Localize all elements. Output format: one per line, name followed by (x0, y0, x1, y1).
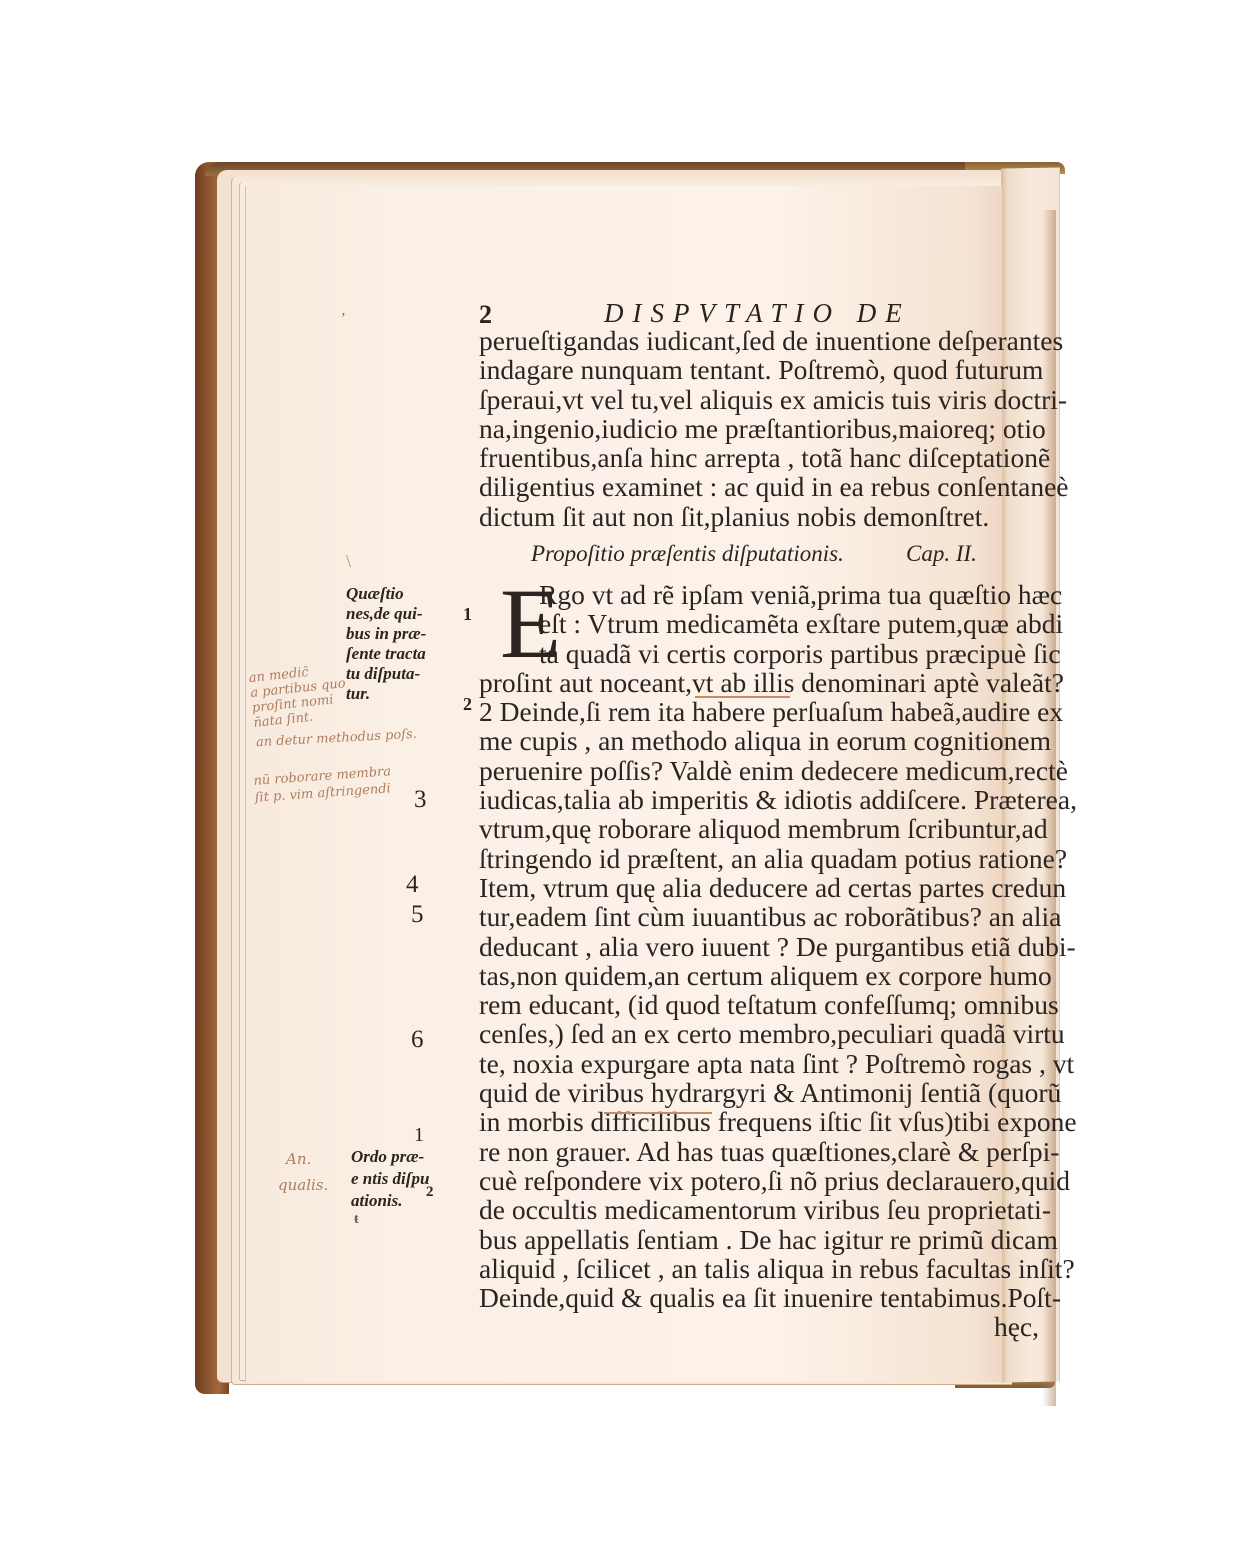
text-line: Rgo vt ad rẽ ipſam veniã,prima tua quæſt… (479, 580, 1059, 609)
sidenote-line: ationis. (351, 1190, 429, 1212)
manuscript-annotation: an detur methodus poſs. (256, 727, 417, 750)
sidenote-line: tur. (346, 684, 426, 704)
text-line: eſt : Vtrum medicamẽta exſtare putem,quæ… (479, 609, 1059, 638)
question-number: 2 (463, 694, 472, 715)
text-line: cenſes,) ſed an ex certo membro,peculiar… (479, 1019, 1059, 1048)
chapter-number: Cap. II. (906, 541, 977, 567)
annotation-line: an detur methodus poſs. (256, 727, 417, 750)
annotation-line: An. (286, 1146, 328, 1172)
text-line: tas,non quidem,an certum aliquem ex corp… (479, 961, 1059, 990)
chapter-heading: Propoſitio præſentis diſputationis. Cap.… (531, 541, 1051, 567)
text-line: cuè reſpondere vix potero,ſi nõ prius de… (479, 1166, 1059, 1195)
manuscript-underline (604, 1112, 712, 1114)
text-line: dictum ſit aut non ſit,planius nobis dem… (479, 502, 1059, 531)
sidenote-line: tu diſputa- (346, 664, 426, 684)
text-line: Item, vtrum quę alia deducere ad certas … (479, 873, 1059, 902)
question-number: 5 (411, 901, 424, 929)
text-line: peruenire poſſis? Valdè enim dedecere me… (479, 756, 1059, 785)
text-line: na,ingenio,iudicio me præſtantioribus,ma… (479, 414, 1059, 443)
sidenote-line: bus in præ- (346, 624, 426, 644)
text-line: aliquid , ſcilicet , an talis aliqua in … (479, 1254, 1059, 1283)
printed-sidenote-questions: Quæſtio nes,de qui- bus in præ- ſente tr… (346, 584, 426, 704)
text-line: tur,eadem ſint cùm iuuantibus ac roborãt… (479, 902, 1059, 931)
text-line: iudicas,talia ab imperitis & idiotis add… (479, 785, 1059, 814)
open-book: ʼ \ 2 DISPVTATIO DE perueſtigandas iudic… (195, 162, 1075, 1394)
text-line: ſperaui,vt vel tu,vel aliquis ex amicis … (479, 385, 1059, 414)
text-line: Deinde,quid & qualis ea ſit inuenire ten… (479, 1283, 1059, 1312)
text-line: rem educant, (id quod teſtatum confeſſum… (479, 990, 1059, 1019)
stray-ink-mark: ʼ (341, 311, 346, 327)
annotation-line: qualis. (278, 1172, 328, 1198)
text-line: bus appellatis ſentiam . De hac igitur r… (479, 1225, 1059, 1254)
stray-ink-mark: \ (346, 551, 351, 572)
question-number: 6 (411, 1026, 424, 1054)
sidenote-line: Ordo præ- (351, 1146, 429, 1168)
question-number: 4 (406, 871, 419, 899)
book-page: ʼ \ 2 DISPVTATIO DE perueſtigandas iudic… (245, 186, 1002, 1382)
manuscript-annotation: an medic̄ a partibus quo proſint nomi n̄… (248, 661, 349, 731)
text-line: me cupis , an methodo aliqua in eorum co… (479, 726, 1059, 755)
sidenote-line: Quæſtio (346, 584, 426, 604)
chapter-body: Rgo vt ad rẽ ipſam veniã,prima tua quæſt… (479, 580, 1059, 1342)
text-line: diligentius examinet : ac quid in ea reb… (479, 472, 1059, 501)
chapter-title: Propoſitio præſentis diſputationis. (531, 541, 844, 566)
text-line: in morbis difficilibus frequens iſtic ſi… (479, 1107, 1059, 1136)
question-number: 1 (463, 604, 472, 625)
text-line: te, noxia expurgare apta nata ſint ? Poſ… (479, 1049, 1059, 1078)
text-line: quid de viribus hydrargyri & Antimonij ſ… (479, 1078, 1059, 1107)
manuscript-annotation: nū roborare membra ſit p. vim aſtringen… (253, 763, 393, 807)
order-number: 1 (414, 1124, 424, 1147)
text-line: perueſtigandas iudicant,ſed de inuention… (479, 326, 1059, 355)
printed-sidenote-order: Ordo præ- e ntis diſpu ationis. (351, 1146, 429, 1212)
text-line: ſtringendo id præſtent, an alia quadam p… (479, 844, 1059, 873)
catchword: hęc, (479, 1312, 1059, 1341)
sidenote-line: ſente tracta (346, 644, 426, 664)
sidenote-line: nes,de qui- (346, 604, 426, 624)
text-line: ta quadã vi certis corporis partibus præ… (479, 639, 1059, 668)
manuscript-annotation: An. qualis. (286, 1146, 328, 1198)
text-line: vtrum,quę roborare aliquod membrum ſcrib… (479, 814, 1059, 843)
text-line: fruentibus,anſa hinc arrepta , totã hanc… (479, 443, 1059, 472)
text-line: de occultis medicamentorum viribus ſeu p… (479, 1195, 1059, 1224)
manuscript-underline (695, 696, 790, 698)
text-line: proſint aut noceant,vt ab illis denomina… (479, 668, 1059, 697)
question-number: 3 (414, 786, 427, 814)
text-line: deducant , alia vero iuuent ? De purgant… (479, 932, 1059, 961)
sidenote-line: e ntis diſpu (351, 1168, 429, 1190)
stray-ink-mark: ŧ (354, 1212, 359, 1228)
text-line: 2 Deinde,ſi rem ita habere perſuaſum hab… (479, 697, 1059, 726)
text-line: indagare nunquam tentant. Poſtremò, quod… (479, 355, 1059, 384)
text-line: re non grauer. Ad has tuas quæſtiones,cl… (479, 1137, 1059, 1166)
top-paragraph: perueſtigandas iudicant,ſed de inuention… (479, 326, 1059, 531)
